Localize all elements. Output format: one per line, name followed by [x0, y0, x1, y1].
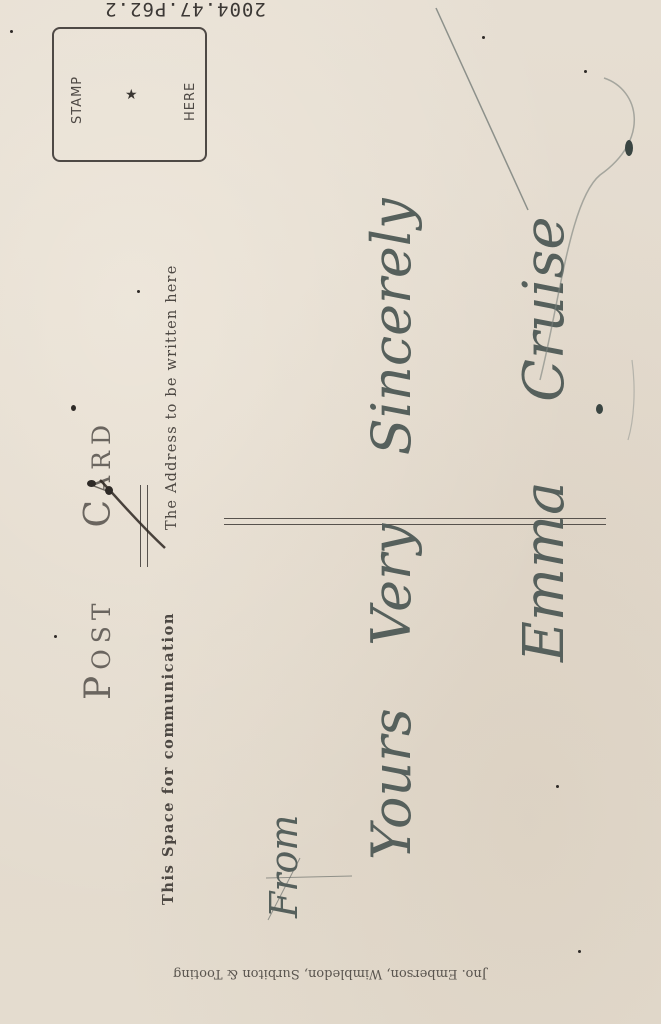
- ink-stain: [105, 486, 113, 495]
- publisher-imprint: Jno. Emberson, Wimbledon, Surbiton & Too…: [130, 966, 530, 981]
- ink-blot: [625, 140, 633, 156]
- ink-speck: [71, 405, 76, 411]
- postcard-back: 2004.47.P62.2 STAMP ★ HERE PostCard The …: [0, 0, 661, 1024]
- speck: [10, 30, 13, 33]
- ink-blot: [596, 404, 603, 414]
- speck: [584, 70, 587, 73]
- speck: [556, 785, 559, 788]
- speck: [137, 290, 140, 293]
- speck: [578, 950, 581, 953]
- speck: [482, 36, 485, 39]
- speck: [54, 635, 57, 638]
- ink-stain: [87, 480, 96, 487]
- pen-flourishes: [0, 0, 661, 1024]
